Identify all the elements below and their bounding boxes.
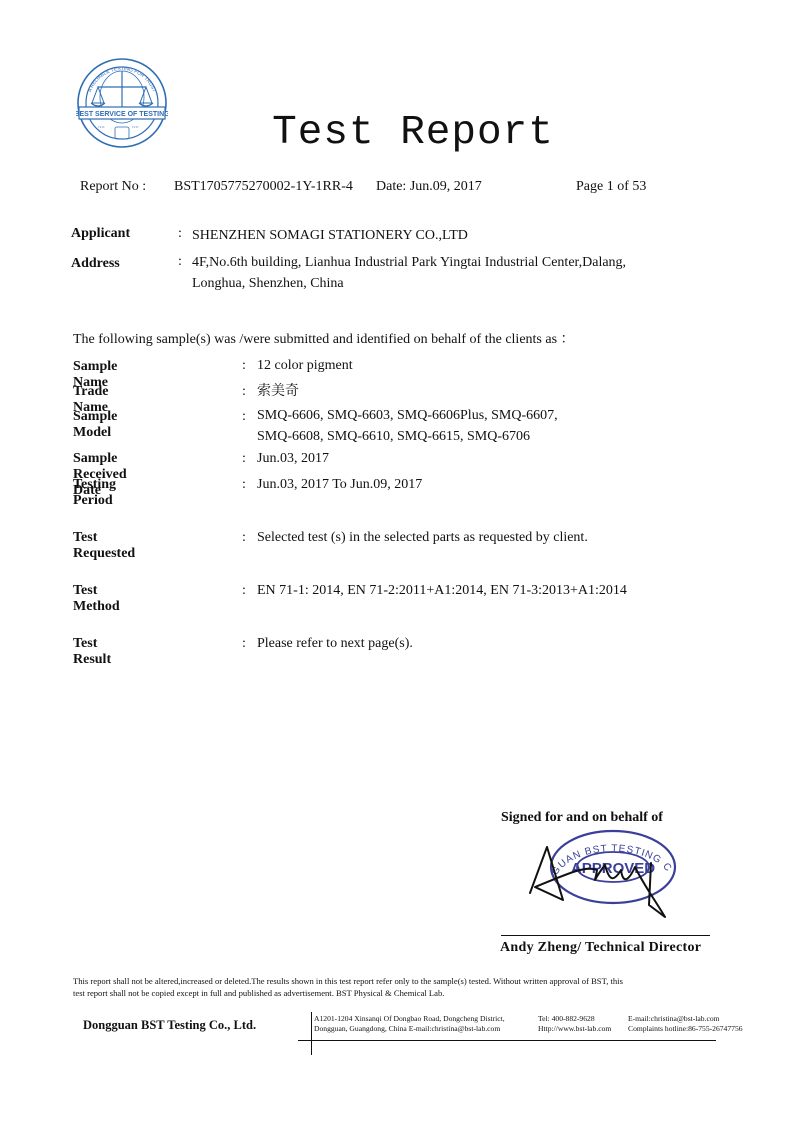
field-colon: : (242, 583, 246, 599)
signer-name-title: Andy Zheng/ Technical Director (500, 940, 701, 956)
field-value: EN 71-1: 2014, EN 71-2:2011+A1:2014, EN … (257, 580, 717, 601)
footer-website: Http://www.bst-lab.com (538, 1024, 611, 1034)
report-number-label: Report No : (80, 179, 146, 195)
sample-intro-text: The following sample(s) was /were submit… (73, 328, 575, 348)
field-value: Jun.03, 2017 (257, 448, 677, 469)
field-label: Sample Model (73, 409, 117, 441)
field-colon: : (242, 530, 246, 546)
applicant-label: Applicant (71, 226, 130, 242)
address-label: Address (71, 256, 120, 272)
footer-tel: Tel: 400-882-9628 (538, 1014, 611, 1024)
report-number: BST1705775270002-1Y-1RR-4 (174, 179, 353, 195)
address-value: 4F,No.6th building, Lianhua Industrial P… (192, 252, 662, 294)
footer-email: E-mail:christina@bst-lab.com (628, 1014, 743, 1024)
field-label: Test Method (73, 583, 120, 615)
signature-heading: Signed for and on behalf of (501, 810, 663, 826)
footer-contact: Tel: 400-882-9628 Http://www.bst-lab.com (538, 1014, 611, 1034)
footer-divider-horizontal (298, 1040, 716, 1041)
field-value: 12 color pigment (257, 355, 677, 376)
field-colon: : (242, 358, 246, 374)
field-value: SMQ-6606, SMQ-6603, SMQ-6606Plus, SMQ-66… (257, 405, 677, 447)
address-colon: : (178, 254, 182, 270)
page-indicator: Page 1 of 53 (576, 179, 646, 195)
address-line-1: 4F,No.6th building, Lianhua Industrial P… (192, 252, 662, 273)
field-colon: : (242, 409, 246, 425)
footer-divider-vertical (311, 1012, 312, 1055)
field-value: Selected test (s) in the selected parts … (257, 527, 677, 548)
field-value: Jun.03, 2017 To Jun.09, 2017 (257, 474, 677, 495)
signature-line (501, 935, 710, 936)
field-colon: : (242, 451, 246, 467)
footer-company-name: Dongguan BST Testing Co., Ltd. (83, 1018, 256, 1033)
field-label: Test Requested (73, 530, 135, 562)
field-colon: : (242, 477, 246, 493)
approved-stamp-icon: APPROVED DONGGUAN BST TESTING CO.,LTD (525, 825, 685, 925)
field-colon: : (242, 636, 246, 652)
address-line-2: Longhua, Shenzhen, China (192, 273, 662, 294)
page-title: Test Report (0, 110, 786, 156)
footer-hotline: Complaints hotline:86-755-26747756 (628, 1024, 743, 1034)
approved-stamp: APPROVED DONGGUAN BST TESTING CO.,LTD (525, 825, 685, 925)
field-label: Testing Period (73, 477, 116, 509)
field-colon: : (242, 384, 246, 400)
footer-email-hotline: E-mail:christina@bst-lab.com Complaints … (628, 1014, 743, 1034)
disclaimer-text: This report shall not be altered,increas… (73, 975, 723, 999)
field-value: Please refer to next page(s). (257, 633, 677, 654)
field-value: 索美奇 (257, 381, 677, 402)
applicant-value: SHENZHEN SOMAGI STATIONERY CO.,LTD (192, 225, 468, 246)
applicant-colon: : (178, 226, 182, 242)
report-date: Date: Jun.09, 2017 (376, 179, 482, 195)
footer-address: A1201-1204 Xinsanqi Of Dongbao Road, Don… (314, 1014, 505, 1034)
field-label: Test Result (73, 636, 111, 668)
